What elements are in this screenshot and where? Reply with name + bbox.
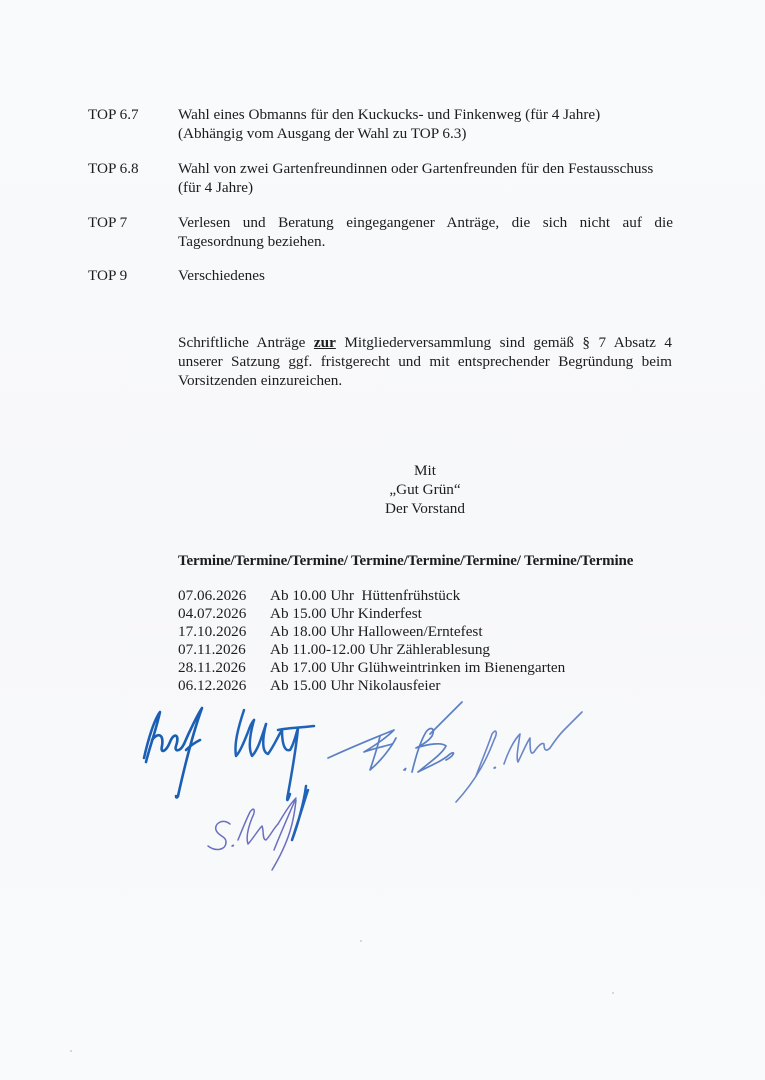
agenda-text: Wahl eines Obmanns für den Kuckucks- und… <box>178 105 673 143</box>
closing-signatory: Der Vorstand <box>325 499 525 518</box>
scan-speck <box>70 1050 72 1052</box>
event-row: 07.11.2026 Ab 11.00-12.00 Uhr Zählerable… <box>178 641 565 659</box>
signature-4 <box>456 712 582 802</box>
event-row: 28.11.2026 Ab 17.00 Uhr Glühweintrinken … <box>178 659 565 677</box>
event-row: 17.10.2026 Ab 18.00 Uhr Halloween/Erntef… <box>178 623 565 641</box>
note-text: Mitgliederversammlung sind gemäß § 7 Abs… <box>336 334 672 351</box>
event-date: 28.11.2026 <box>178 659 270 677</box>
closing-line: Mit <box>325 461 525 480</box>
termine-list: 07.06.2026 Ab 10.00 Uhr Hüttenfrühstück … <box>178 587 565 695</box>
document-page: TOP 6.7 Wahl eines Obmanns für den Kucku… <box>0 0 765 1080</box>
note-line: Vorsitzenden einzureichen. <box>178 371 672 390</box>
handwritten-signatures <box>130 690 610 890</box>
event-description: Ab 18.00 Uhr Halloween/Erntefest <box>270 623 483 641</box>
agenda-line: Wahl von zwei Gartenfreundinnen oder Gar… <box>178 159 673 178</box>
event-description: Ab 11.00-12.00 Uhr Zählerablesung <box>270 641 490 659</box>
scan-speck <box>360 940 362 942</box>
signature-1 <box>144 708 202 798</box>
event-date: 17.10.2026 <box>178 623 270 641</box>
agenda-number: TOP 6.7 <box>88 105 173 124</box>
event-description: Ab 10.00 Uhr Hüttenfrühstück <box>270 587 460 605</box>
emphasis-zur: zur <box>314 334 336 351</box>
closing-greeting: „Gut Grün“ <box>325 480 525 499</box>
event-date: 07.11.2026 <box>178 641 270 659</box>
agenda-line: Tagesordnung beziehen. <box>178 232 673 251</box>
signature-2 <box>235 710 314 840</box>
note-text: Schriftliche Anträge <box>178 334 314 351</box>
agenda-number: TOP 9 <box>88 266 173 285</box>
closing-block: Mit „Gut Grün“ Der Vorstand <box>325 461 525 518</box>
agenda-line: Wahl eines Obmanns für den Kuckucks- und… <box>178 105 673 124</box>
submission-note: Schriftliche Anträge zur Mitgliederversa… <box>178 333 672 390</box>
agenda-line: (Abhängig vom Ausgang der Wahl zu TOP 6.… <box>178 124 673 143</box>
event-row: 04.07.2026 Ab 15.00 Uhr Kinderfest <box>178 605 565 623</box>
signature-5 <box>208 798 296 870</box>
scan-speck <box>612 992 614 994</box>
event-row: 07.06.2026 Ab 10.00 Uhr Hüttenfrühstück <box>178 587 565 605</box>
agenda-line: (für 4 Jahre) <box>178 178 673 197</box>
note-line: Schriftliche Anträge zur Mitgliederversa… <box>178 333 672 352</box>
event-date: 07.06.2026 <box>178 587 270 605</box>
signature-3 <box>328 702 462 772</box>
termine-header: Termine/Termine/Termine/ Termine/Termine… <box>178 553 633 570</box>
agenda-line: Verschiedenes <box>178 266 673 285</box>
note-line: unserer Satzung ggf. fristgerecht und mi… <box>178 352 672 371</box>
agenda-text: Verschiedenes <box>178 266 673 285</box>
agenda-text: Verlesen und Beratung eingegangener Antr… <box>178 213 673 251</box>
agenda-number: TOP 7 <box>88 213 173 232</box>
agenda-number: TOP 6.8 <box>88 159 173 178</box>
event-description: Ab 17.00 Uhr Glühweintrinken im Bienenga… <box>270 659 565 677</box>
agenda-text: Wahl von zwei Gartenfreundinnen oder Gar… <box>178 159 673 197</box>
agenda-line: Verlesen und Beratung eingegangener Antr… <box>178 213 673 232</box>
event-date: 04.07.2026 <box>178 605 270 623</box>
event-description: Ab 15.00 Uhr Kinderfest <box>270 605 422 623</box>
